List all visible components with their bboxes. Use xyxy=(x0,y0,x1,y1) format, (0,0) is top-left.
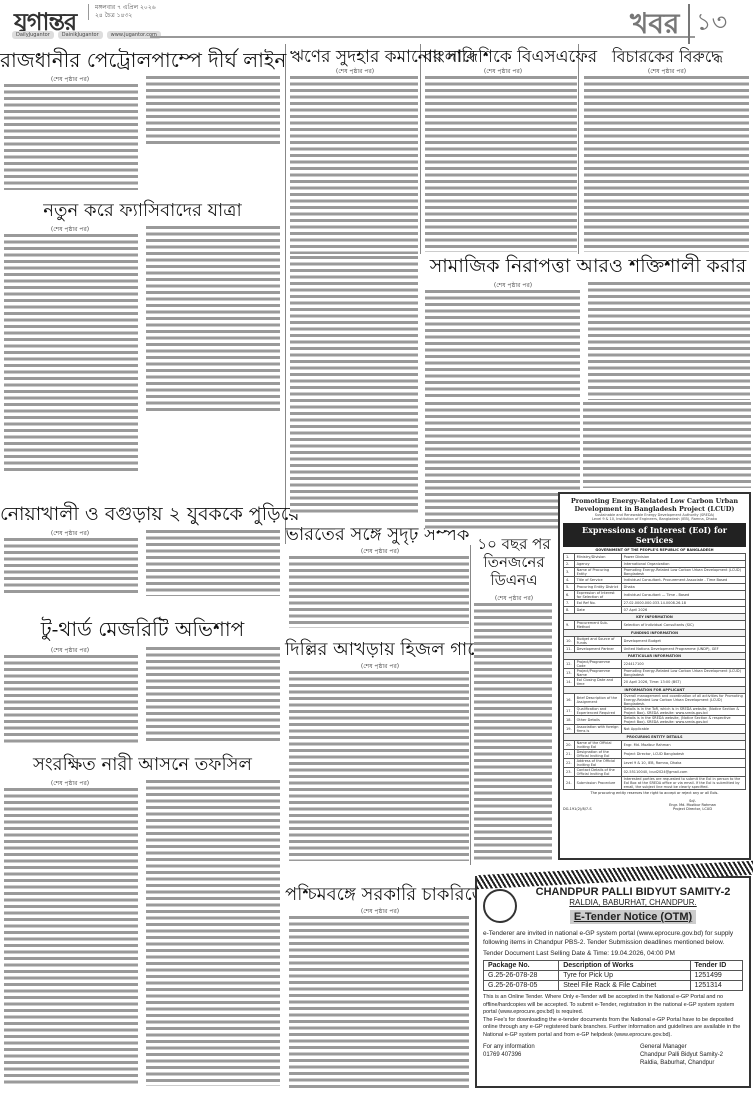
table-row: PARTICULAR INFORMATION xyxy=(564,653,746,660)
article-loan-rate: ঋণের সুদহার কমানোর দাবি (শেষ পৃষ্ঠার পর) xyxy=(290,44,418,254)
page-number: ১৩ xyxy=(688,4,727,44)
article-body xyxy=(146,528,280,596)
tender-advertisement: CHANDPUR PALLI BIDYUT SAMITY-2 RALDIA, B… xyxy=(475,876,751,1088)
article-body xyxy=(4,82,138,190)
article-body xyxy=(425,288,580,402)
article-women-seats: সংরক্ষিত নারী আসনে তফসিল (শেষ পৃষ্ঠার পর… xyxy=(0,750,285,1094)
article-body xyxy=(425,74,577,252)
table-row: PROCURING ENTITY DETAILS xyxy=(564,734,746,741)
contact-info: For any information 01769 407396 xyxy=(483,1043,535,1067)
table-row: 23.Contact Details of the Official Invit… xyxy=(564,768,746,777)
header-rule xyxy=(150,36,695,38)
article-body xyxy=(584,74,749,252)
table-row: 20.Name of the Official Inviting EoIEngr… xyxy=(564,741,746,750)
article-body xyxy=(289,669,469,861)
article-body xyxy=(146,74,280,146)
table-row: KEY INFORMATION xyxy=(564,614,746,621)
section-name: খবর xyxy=(630,2,679,49)
table-row: 7.EoI Ref No.27.02.0000.000.033.14.0008.… xyxy=(564,600,746,607)
article-body xyxy=(474,601,552,861)
column-divider xyxy=(470,545,471,865)
article-body xyxy=(289,554,469,628)
twitter-handle[interactable]: DailyJugantor xyxy=(12,31,54,39)
article-petrol: রাজধানীর পেট্রোলপাম্পে দীর্ঘ লাইন (শেষ প… xyxy=(0,44,285,192)
eoi-title: Development in Bangladesh Project (LCUD) xyxy=(563,505,746,513)
decorative-border xyxy=(477,861,753,889)
article-bsf: বাংলাদেশিকে বিএসএফের (শেষ পৃষ্ঠার পর) xyxy=(423,44,578,254)
article-body xyxy=(4,786,138,1086)
table-row: 3.Name of Procuring EntityPromoting Ener… xyxy=(564,568,746,577)
table-row: 19.Association with foreign firms isNot … xyxy=(564,725,746,734)
table-row: 2.AgencyInternational Organization xyxy=(564,561,746,568)
article-body xyxy=(290,74,418,254)
table-row: 21.Designation of the Official Inviting … xyxy=(564,750,746,759)
table-row: INFORMATION FOR APPLICANT xyxy=(564,687,746,694)
article-body xyxy=(289,914,469,1090)
table-row: G.25-26-078-28 Tyre for Pick Up 1251499 xyxy=(484,971,743,981)
table-row: G.25-26-078-05 Steel File Rack & File Ca… xyxy=(484,981,743,991)
column-divider xyxy=(420,44,421,254)
table-row: 5.Procuring Entity DistrictDhaka xyxy=(564,584,746,591)
eoi-advertisement: Promoting Energy-Related Low Carbon Urba… xyxy=(558,492,751,860)
table-row: 1.Ministry/DivisionPower Division xyxy=(564,554,746,561)
table-row: 6.Expression of Interest for Selection o… xyxy=(564,591,746,600)
facebook-handle[interactable]: DainikJugantor xyxy=(58,31,103,39)
table-row: 22.Address of the Official Inviting EoIL… xyxy=(564,759,746,768)
article-fascism: নতুন করে ফ্যাসিবাদের যাত্রা (শেষ পৃষ্ঠার… xyxy=(0,196,285,476)
article-body-continued xyxy=(425,400,580,530)
article-dna: ১০ বছর পর তিনজনের ডিএনএ (শেষ পৃষ্ঠার পর) xyxy=(474,535,554,865)
table-row: 4.Title of ServiceIndividual Consultant-… xyxy=(564,577,746,584)
table-row: 14.EoI Closing Date and time20 April 202… xyxy=(564,678,746,687)
table-row: 17.Qualification and Experienced Require… xyxy=(564,707,746,716)
article-body xyxy=(4,536,138,596)
article-body-continued xyxy=(583,400,751,488)
article-body xyxy=(146,645,280,743)
article-two-third: টু-থার্ড মেজরিটি অভিশাপ (শেষ পৃষ্ঠার পর) xyxy=(0,615,285,745)
column-divider xyxy=(285,44,286,544)
ad-code: DG-191(2)/8/7-S xyxy=(563,807,592,811)
article-judge: বিচারকের বিরুদ্ধে (শেষ পৃষ্ঠার পর) xyxy=(582,44,753,254)
tender-title: E-Tender Notice (OTM) xyxy=(570,910,696,924)
eoi-banner: Expressions of Interest (EoI) for Servic… xyxy=(563,523,746,547)
pbs-emblem-icon xyxy=(483,889,517,923)
table-row: 11.Development PartnerUnited Nations Dev… xyxy=(564,646,746,653)
table-row: 24.Submission ProcedureInterested partie… xyxy=(564,777,746,790)
article-body xyxy=(588,280,750,400)
article-body xyxy=(4,653,138,743)
article-social-safety: সামাজিক নিরাপত্তা আরও শক্তিশালী করার (শে… xyxy=(423,252,753,402)
article-body-continued xyxy=(290,254,418,514)
issue-date: মঙ্গলবার ৭ এপ্রিল ২০২৬ ২৪ চৈত্র ১৪৩২ xyxy=(88,4,156,20)
table-row: 8.Date07 April 2026 xyxy=(564,607,746,614)
article-delhi: দিল্লির আখড়ায় হিজল গাছের (শেষ পৃষ্ঠার … xyxy=(285,635,470,865)
article-body xyxy=(4,232,138,472)
article-headline: টু-থার্ড মেজরিটি অভিশাপ xyxy=(0,615,285,648)
table-row: 9.Procurement Sub-MethodSelection of Ind… xyxy=(564,621,746,630)
table-row: 12.Project/Programme Code224417100 xyxy=(564,660,746,669)
table-row: 16.Brief Description of the AssignmentOv… xyxy=(564,694,746,707)
article-india: ভারতের সঙ্গে সুদৃঢ় সম্পর্ক (শেষ পৃষ্ঠার… xyxy=(285,520,470,630)
article-noakhali: নোয়াখালী ও বগুড়ায় ২ যুবককে পুড়িয়ে (… xyxy=(0,500,285,600)
table-row: FUNDING INFORMATION xyxy=(564,630,746,637)
table-row: 13.Project/Programme NamePromoting Energ… xyxy=(564,669,746,678)
signature: Sd/- Engr. Md. Mozibur Rahman Project Di… xyxy=(669,799,716,811)
article-body xyxy=(146,778,280,1086)
tender-org: CHANDPUR PALLI BIDYUT SAMITY-2 xyxy=(523,886,743,898)
article-headline: সংরক্ষিত নারী আসনে তফসিল xyxy=(0,750,285,781)
article-wb-jobs: পশ্চিমবঙ্গে সরকারি চাকরিতে (শেষ পৃষ্ঠার … xyxy=(285,880,470,1094)
tender-table: Package No. Description of Works Tender … xyxy=(483,960,743,991)
social-links: DailyJugantor DainikJugantor www.juganto… xyxy=(12,31,161,39)
eoi-table: 1.Ministry/DivisionPower Division2.Agenc… xyxy=(563,553,746,790)
eoi-title: Promoting Energy-Related Low Carbon Urba… xyxy=(563,497,746,505)
masthead: যুগান্তর মঙ্গলবার ৭ এপ্রিল ২০২৬ ২৪ চৈত্র… xyxy=(0,0,753,40)
table-row: 18.Other DetailsDetails is in the SREDA … xyxy=(564,716,746,725)
column-divider xyxy=(578,44,579,254)
article-headline: ১০ বছর পর তিনজনের ডিএনএ xyxy=(474,535,554,589)
article-headline: নতুন করে ফ্যাসিবাদের যাত্রা xyxy=(0,196,285,227)
table-row: 10.Budget and Source of FundsDevelopment… xyxy=(564,637,746,646)
article-body xyxy=(146,224,280,414)
signature: General Manager Chandpur Palli Bidyut Sa… xyxy=(640,1043,723,1067)
